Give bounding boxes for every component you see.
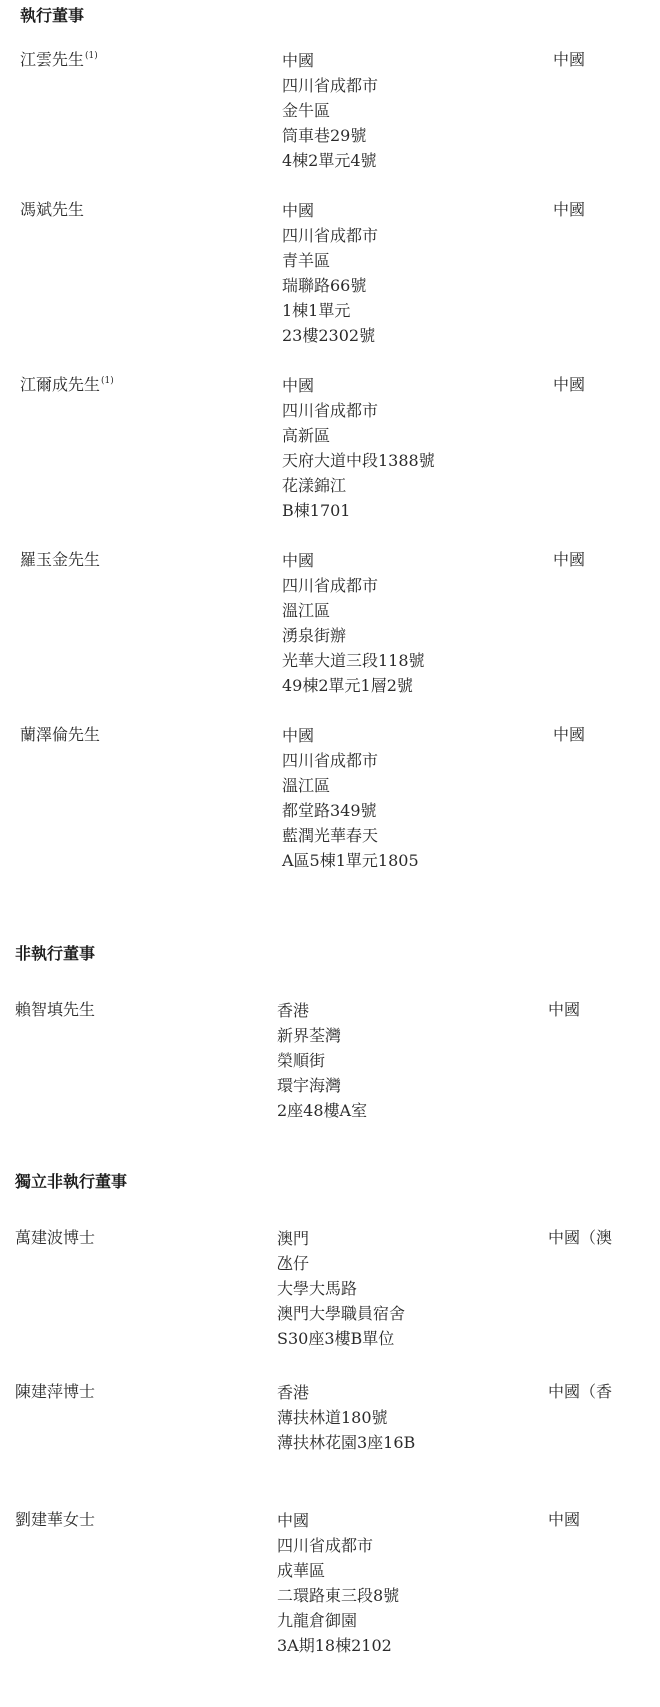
director-address: 中國 四川省成都市 溫江區 都堂路349號 藍潤光華春天 A區5棟1單元1805 xyxy=(282,723,419,873)
address-line: 薄扶林花園3座16B xyxy=(277,1430,415,1455)
directors-address-page: 執行董事 江雲先生(1) 中國 四川省成都市 金牛區 筒車巷29號 4棟2單元4… xyxy=(0,0,660,1707)
address-line: 花漾錦江 xyxy=(282,473,435,498)
address-line: 四川省成都市 xyxy=(277,1533,399,1558)
address-line: 四川省成都市 xyxy=(282,223,378,248)
address-line: 四川省成都市 xyxy=(282,573,425,598)
director-nationality: 中國 xyxy=(553,50,585,70)
address-line: 溫江區 xyxy=(282,598,425,623)
address-line: 中國 xyxy=(282,48,378,73)
director-address: 香港 薄扶林道180號 薄扶林花園3座16B xyxy=(277,1380,415,1455)
director-address: 香港 新界荃灣 榮順街 環宇海灣 2座48樓A室 xyxy=(277,998,367,1123)
address-line: 49棟2單元1層2號 xyxy=(282,673,425,698)
address-line: 高新區 xyxy=(282,423,435,448)
director-name: 羅玉金先生 xyxy=(20,550,100,570)
address-line: 中國 xyxy=(282,373,435,398)
address-line: 二環路東三段8號 xyxy=(277,1583,399,1608)
director-nationality: 中國（香 xyxy=(548,1382,612,1402)
address-line: 澳門大學職員宿舍 xyxy=(277,1301,405,1326)
address-line: 中國 xyxy=(282,198,378,223)
address-line: 環宇海灣 xyxy=(277,1073,367,1098)
address-line: 金牛區 xyxy=(282,98,378,123)
address-line: 四川省成都市 xyxy=(282,748,419,773)
footnote-marker: (1) xyxy=(101,376,114,386)
address-line: 新界荃灣 xyxy=(277,1023,367,1048)
address-line: B棟1701 xyxy=(282,498,435,523)
address-line: S30座3樓B單位 xyxy=(277,1326,405,1351)
section-heading-executive-directors: 執行董事 xyxy=(20,6,84,26)
footnote-marker: (1) xyxy=(85,51,98,61)
address-line: 香港 xyxy=(277,998,367,1023)
director-name: 蘭澤倫先生 xyxy=(20,725,100,745)
address-line: 青羊區 xyxy=(282,248,378,273)
director-nationality: 中國 xyxy=(553,550,585,570)
director-name: 陳建萍博士 xyxy=(15,1382,95,1402)
director-nationality: 中國 xyxy=(553,375,585,395)
director-name: 賴智填先生 xyxy=(15,1000,95,1020)
address-line: 湧泉街辦 xyxy=(282,623,425,648)
director-name: 馮斌先生 xyxy=(20,200,84,220)
director-nationality: 中國 xyxy=(548,1510,580,1530)
director-nationality: 中國 xyxy=(553,725,585,745)
address-line: 香港 xyxy=(277,1380,415,1405)
address-line: 大學大馬路 xyxy=(277,1276,405,1301)
director-name: 江爾成先生(1) xyxy=(20,375,114,395)
director-address: 中國 四川省成都市 金牛區 筒車巷29號 4棟2單元4號 xyxy=(282,48,378,173)
address-line: 2座48樓A室 xyxy=(277,1098,367,1123)
director-address: 中國 四川省成都市 青羊區 瑞聯路66號 1棟1單元 23樓2302號 xyxy=(282,198,378,348)
address-line: 4棟2單元4號 xyxy=(282,148,378,173)
director-address: 澳門 氹仔 大學大馬路 澳門大學職員宿舍 S30座3樓B單位 xyxy=(277,1226,405,1351)
address-line: 3A期18棟2102 xyxy=(277,1633,399,1658)
address-line: 四川省成都市 xyxy=(282,73,378,98)
section-heading-non-executive-directors: 非執行董事 xyxy=(15,944,95,964)
address-line: 1棟1單元 xyxy=(282,298,378,323)
address-line: 光華大道三段118號 xyxy=(282,648,425,673)
address-line: 榮順街 xyxy=(277,1048,367,1073)
address-line: 都堂路349號 xyxy=(282,798,419,823)
director-address: 中國 四川省成都市 成華區 二環路東三段8號 九龍倉御園 3A期18棟2102 xyxy=(277,1508,399,1658)
director-name: 劉建華女士 xyxy=(15,1510,95,1530)
director-nationality: 中國 xyxy=(553,200,585,220)
address-line: 中國 xyxy=(282,548,425,573)
address-line: A區5棟1單元1805 xyxy=(282,848,419,873)
address-line: 瑞聯路66號 xyxy=(282,273,378,298)
address-line: 天府大道中段1388號 xyxy=(282,448,435,473)
director-nationality: 中國（澳 xyxy=(548,1228,612,1248)
address-line: 23樓2302號 xyxy=(282,323,378,348)
address-line: 薄扶林道180號 xyxy=(277,1405,415,1430)
director-name: 萬建波博士 xyxy=(15,1228,95,1248)
director-address: 中國 四川省成都市 高新區 天府大道中段1388號 花漾錦江 B棟1701 xyxy=(282,373,435,523)
address-line: 溫江區 xyxy=(282,773,419,798)
address-line: 九龍倉御園 xyxy=(277,1608,399,1633)
address-line: 氹仔 xyxy=(277,1251,405,1276)
address-line: 澳門 xyxy=(277,1226,405,1251)
director-address: 中國 四川省成都市 溫江區 湧泉街辦 光華大道三段118號 49棟2單元1層2號 xyxy=(282,548,425,698)
address-line: 筒車巷29號 xyxy=(282,123,378,148)
address-line: 中國 xyxy=(277,1508,399,1533)
address-line: 藍潤光華春天 xyxy=(282,823,419,848)
address-line: 成華區 xyxy=(277,1558,399,1583)
section-heading-independent-non-executive-directors: 獨立非執行董事 xyxy=(15,1172,127,1192)
address-line: 中國 xyxy=(282,723,419,748)
director-nationality: 中國 xyxy=(548,1000,580,1020)
address-line: 四川省成都市 xyxy=(282,398,435,423)
director-name: 江雲先生(1) xyxy=(20,50,98,70)
